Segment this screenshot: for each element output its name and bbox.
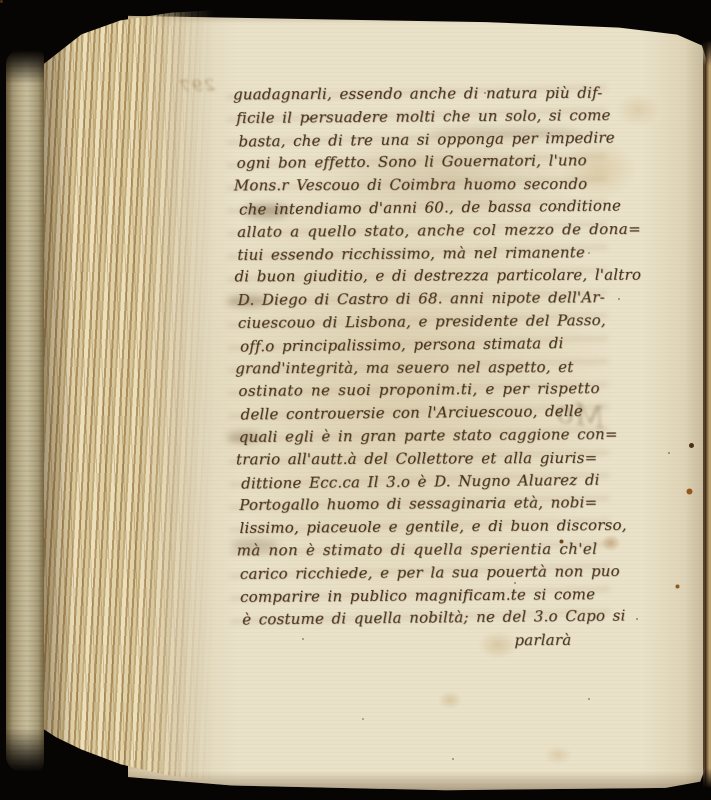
manuscript-line: ogni bon effetto. Sono li Gouernatori, l… — [237, 149, 605, 175]
manuscript-line: Mons.r Vescouo di Coimbra huomo secondo — [234, 173, 602, 197]
manuscript-line: delle controuersie con l'Arciuescouo, de… — [240, 400, 608, 427]
page-edge-stack — [44, 8, 214, 782]
manuscript-line: tiui essendo ricchissimo, mà nel rimanen… — [237, 241, 605, 267]
manuscript-line: è costume di quella nobiltà; ne del 3.o … — [242, 605, 610, 632]
ink-smudge — [227, 295, 267, 307]
manuscript-line: carico ricchiede, e per la sua pouertà n… — [240, 560, 608, 586]
manuscript-line: trario all'autt.à del Collettore et alla… — [236, 447, 604, 471]
book-photo: 297 Mo guadagnarli, essendo anche di nat… — [0, 0, 711, 800]
manuscript-line: D. Diego di Castro di 68. anni nipote de… — [238, 286, 606, 312]
handwritten-text-block: guadagnarli, essendo anche di natura più… — [236, 81, 608, 654]
ink-smudge — [227, 431, 261, 443]
manuscript-line: Portogallo huomo di sessaginaria età, no… — [239, 491, 607, 517]
manuscript-line-closing: parlarà — [237, 629, 605, 653]
ink-smudge — [231, 539, 279, 551]
manuscript-line: guadagnarli, essendo anche di natura più… — [233, 82, 601, 106]
manuscript-line: mà non è stimato di quella sperientia ch… — [237, 538, 605, 562]
manuscript-line: ficile il persuadere molti che un solo, … — [236, 104, 604, 130]
binding-vellum-cover — [6, 50, 44, 772]
manuscript-line: quali egli è in gran parte stato caggion… — [239, 423, 607, 449]
manuscript-line: dittione Ecc.ca Il 3.o è D. Nugno Aluare… — [241, 468, 609, 495]
manuscript-line: basta, che di tre una si opponga per imp… — [238, 126, 606, 153]
ink-smudge — [244, 204, 290, 218]
book-cover-edge — [703, 40, 711, 788]
manuscript-line: ciuescouo di Lisbona, e presidente del P… — [238, 309, 606, 335]
manuscript-line: allato a quello stato, anche col mezzo d… — [237, 218, 605, 244]
manuscript-line: che intendiamo d'anni 60., de bassa cond… — [239, 195, 607, 222]
manuscript-line: grand'integrità, ma seuero nel aspetto, … — [235, 355, 603, 379]
folio-number-ghost: 297 — [178, 75, 215, 96]
manuscript-line: off.o principalissimo, persona stimata d… — [240, 331, 608, 358]
foxing-dots — [0, 0, 3, 3]
manuscript-line: di buon giuditio, e di destrezza partico… — [234, 264, 602, 288]
manuscript-line: lissimo, piaceuole e gentile, e di buon … — [239, 514, 607, 540]
